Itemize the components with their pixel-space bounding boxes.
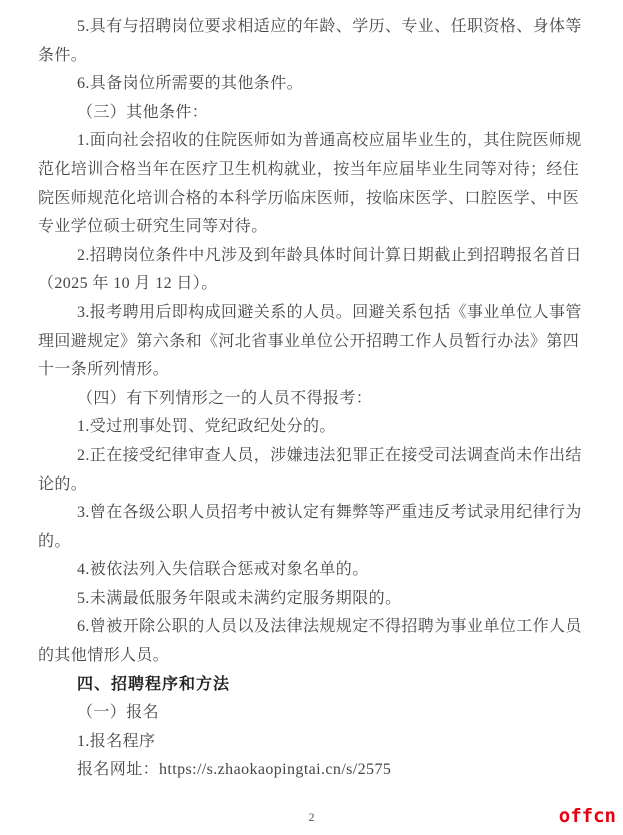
document-line: 报名网址：https://s.zhaokaopingtai.cn/s/2575 (38, 756, 590, 785)
offcn-watermark: offcn (559, 805, 616, 827)
document-page: 5.具有与招聘岗位要求相适应的年龄、学历、专业、任职资格、身体等条件。6.具备岗… (0, 0, 623, 835)
document-line: 条件。 (38, 42, 590, 71)
document-line: 论的。 (38, 471, 590, 500)
document-line: 专业学位硕士研究生同等对待。 (38, 213, 590, 242)
document-line: 1.面向社会招收的住院医师如为普通高校应届毕业生的，其住院医师规 (38, 127, 590, 156)
document-line: 6.具备岗位所需要的其他条件。 (38, 70, 590, 99)
document-line: 2.招聘岗位条件中凡涉及到年龄具体时间计算日期截止到招聘报名首日 (38, 242, 590, 271)
document-line: 4.被依法列入失信联合惩戒对象名单的。 (38, 556, 590, 585)
page-number: 2 (0, 810, 623, 825)
document-line: 6.曾被开除公职的人员以及法律法规规定不得招聘为事业单位工作人员 (38, 613, 590, 642)
document-line: 的其他情形人员。 (38, 642, 590, 671)
document-line: 理回避规定》第六条和《河北省事业单位公开招聘工作人员暂行办法》第四 (38, 328, 590, 357)
document-line: 2.正在接受纪律审查人员，涉嫌违法犯罪正在接受司法调查尚未作出结 (38, 442, 590, 471)
document-line: （一）报名 (38, 699, 590, 728)
document-line: 十一条所列情形。 (38, 356, 590, 385)
document-line: 5.具有与招聘岗位要求相适应的年龄、学历、专业、任职资格、身体等 (38, 13, 590, 42)
section-heading: 四、招聘程序和方法 (38, 671, 590, 700)
document-line: 的。 (38, 528, 590, 557)
document-line: （三）其他条件： (38, 99, 590, 128)
document-line: 范化培训合格当年在医疗卫生机构就业，按当年应届毕业生同等对待；经住 (38, 156, 590, 185)
document-line: （四）有下列情形之一的人员不得报考： (38, 385, 590, 414)
document-line: （2025 年 10 月 12 日）。 (38, 270, 590, 299)
document-line: 1.报名程序 (38, 728, 590, 757)
document-line: 1.受过刑事处罚、党纪政纪处分的。 (38, 413, 590, 442)
document-line: 院医师规范化培训合格的本科学历临床医师，按临床医学、口腔医学、中医 (38, 185, 590, 214)
document-body: 5.具有与招聘岗位要求相适应的年龄、学历、专业、任职资格、身体等条件。6.具备岗… (38, 13, 590, 785)
document-line: 3.报考聘用后即构成回避关系的人员。回避关系包括《事业单位人事管 (38, 299, 590, 328)
document-line: 5.未满最低服务年限或未满约定服务期限的。 (38, 585, 590, 614)
document-line: 3.曾在各级公职人员招考中被认定有舞弊等严重违反考试录用纪律行为 (38, 499, 590, 528)
